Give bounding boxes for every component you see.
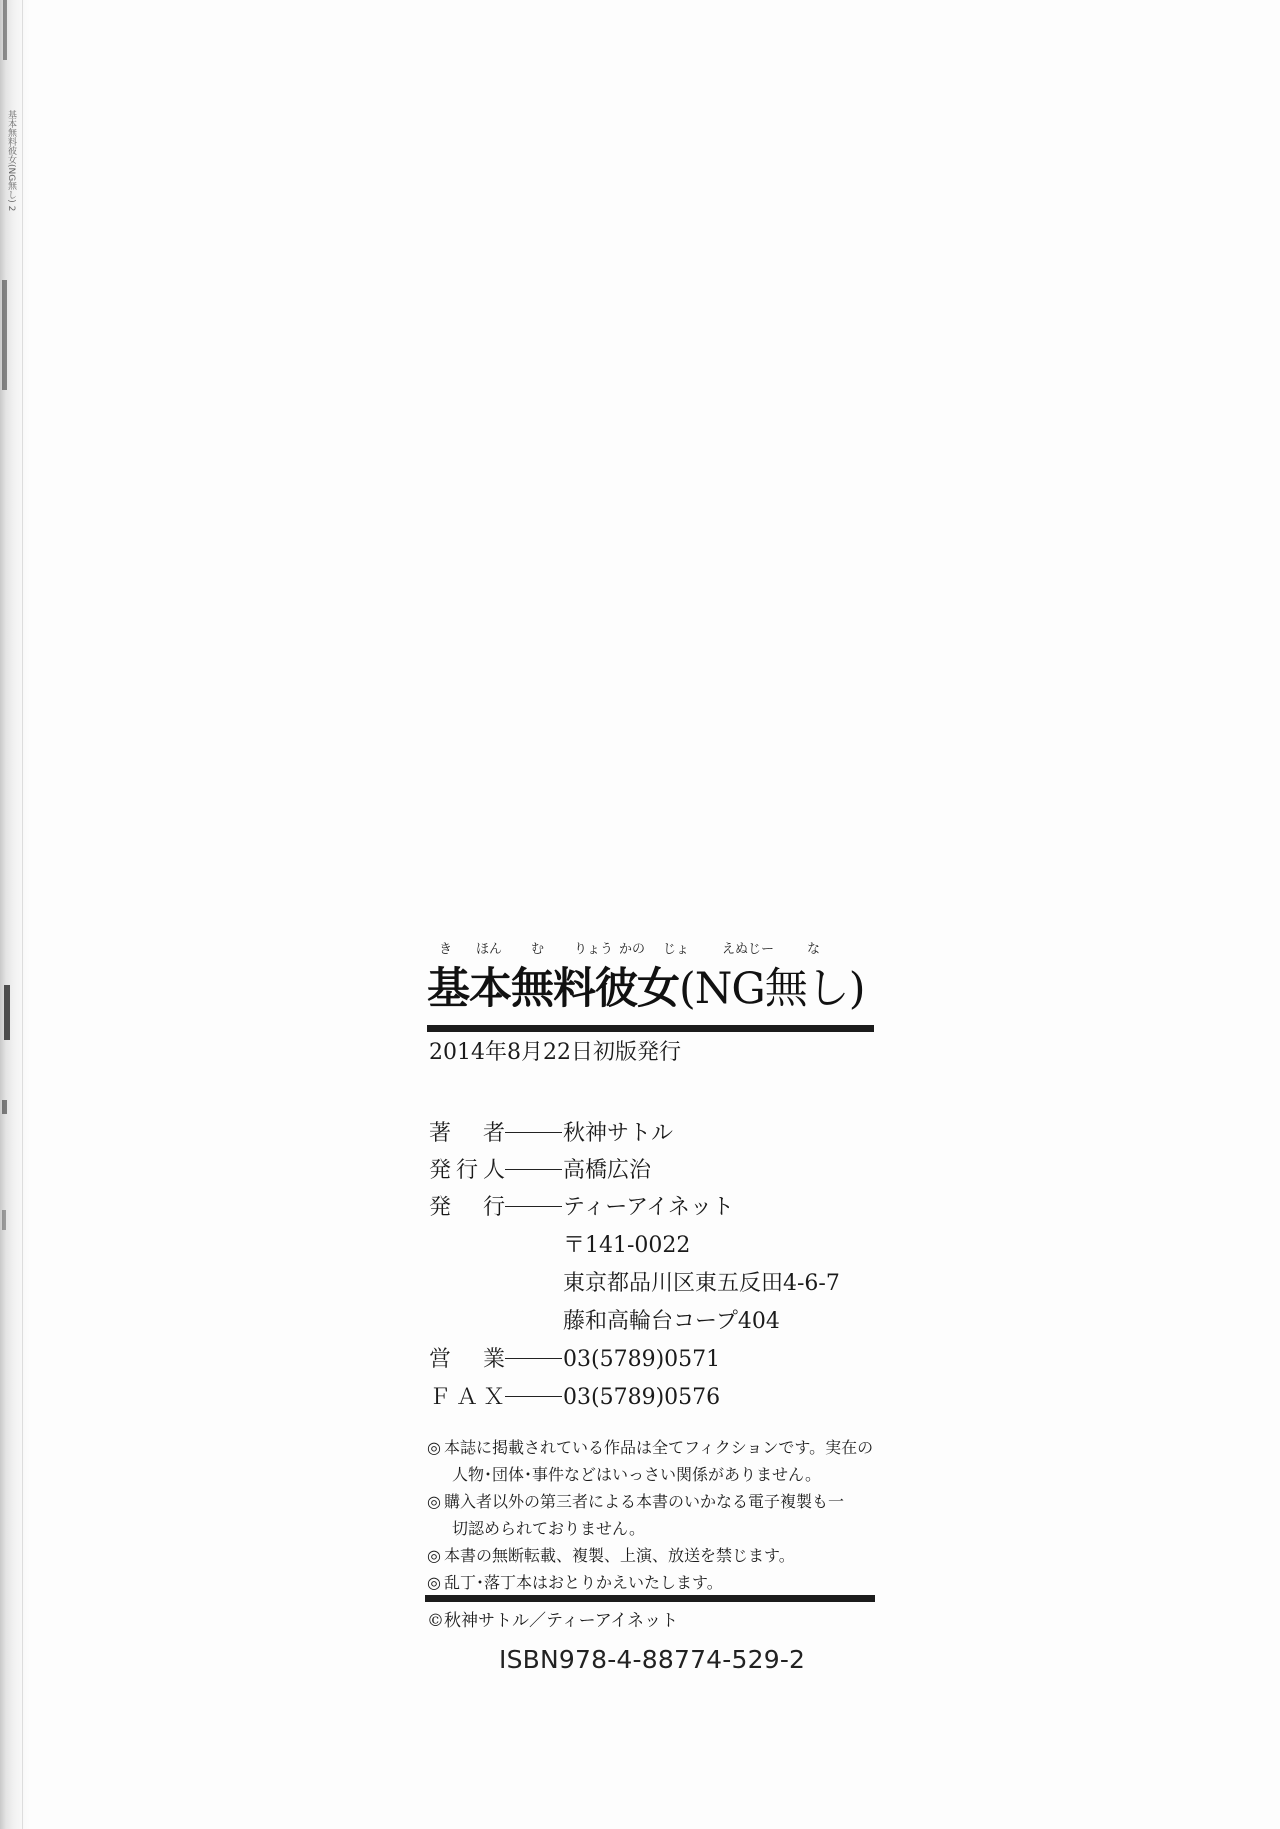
double-circle-bullet-icon: ◎ (427, 1434, 441, 1461)
credit-value: 東京都品川区東五反田4-6-7 (563, 1271, 840, 1296)
credit-row-author: 著 者秋神サトル (429, 1116, 673, 1152)
scanned-page-edge: 基本無料彼女(NG無し) 2 (0, 0, 30, 1829)
credit-value: 03(5789)0576 (563, 1385, 720, 1410)
credit-value: 〒141-0022 (563, 1233, 690, 1258)
edge-scan-mark (4, 985, 10, 1040)
edge-scan-mark (2, 1210, 6, 1230)
edge-spine-text: 基本無料彼女(NG無し) 2 (6, 110, 18, 211)
note-item: ◎ 本誌に掲載されている作品は全てフィクションです。実在の 人物･団体･事件など… (427, 1434, 887, 1488)
leader-dash (505, 1132, 562, 1133)
edge-scan-mark (3, 0, 7, 60)
publication-date: 2014年8月22日初版発行 (429, 1035, 681, 1066)
top-divider (427, 1025, 874, 1032)
edge-scan-mark (2, 280, 7, 390)
edge-fold-line (22, 0, 23, 1829)
copyright-line: ©秋神サトル／ティーアイネット (427, 1606, 678, 1631)
note-text: 本誌に掲載されている作品は全てフィクションです。実在の (444, 1438, 873, 1457)
credit-value: 秋神サトル (563, 1121, 673, 1146)
credit-label: 発行人 (429, 1153, 505, 1184)
note-text: 本書の無断転載、複製、上演、放送を禁じます。 (444, 1546, 795, 1565)
note-text-continued: 切認められておりません。 (444, 1515, 887, 1542)
credit-label: 著 者 (429, 1116, 505, 1147)
credit-value: 藤和高輪台コープ404 (563, 1309, 780, 1334)
book-title-subtitle: (NG無し) (679, 964, 865, 1014)
address-line-1: 東京都品川区東五反田4-6-7 (429, 1266, 840, 1302)
credit-value: 03(5789)0571 (563, 1347, 720, 1372)
credit-row-sales-phone: 営 業03(5789)0571 (429, 1342, 720, 1378)
credit-row-publisher-person: 発行人高橋広治 (429, 1153, 651, 1189)
address-line-2: 藤和高輪台コープ404 (429, 1304, 780, 1340)
leader-dash (505, 1169, 562, 1170)
credit-row-fax: ＦＡＸ03(5789)0576 (429, 1380, 720, 1416)
note-text: 乱丁･落丁本はおとりかえいたします。 (444, 1573, 723, 1592)
isbn-number: ISBN978-4-88774-529-2 (499, 1645, 805, 1674)
note-text: 購入者以外の第三者による本書のいかなる電子複製も一 (444, 1492, 844, 1511)
postal-code: 〒141-0022 (429, 1228, 690, 1264)
book-title: 基本無料彼女(NG無し) (427, 955, 865, 1016)
double-circle-bullet-icon: ◎ (427, 1542, 441, 1569)
leader-dash (505, 1358, 562, 1359)
note-item: ◎ 乱丁･落丁本はおとりかえいたします。 (427, 1569, 887, 1596)
credit-label: ＦＡＸ (429, 1380, 505, 1411)
leader-dash (505, 1396, 562, 1397)
credit-value: 高橋広治 (563, 1158, 651, 1183)
credit-row-publisher: 発 行ティーアイネット (429, 1190, 734, 1226)
note-item: ◎ 購入者以外の第三者による本書のいかなる電子複製も一 切認められておりません。 (427, 1488, 887, 1542)
credit-value: ティーアイネット (563, 1195, 734, 1220)
book-title-main: 基本無料彼女 (427, 964, 679, 1014)
double-circle-bullet-icon: ◎ (427, 1569, 441, 1596)
edge-scan-mark (2, 1100, 7, 1114)
credit-label: 営 業 (429, 1342, 505, 1373)
title-ruby: き ほん む りょう かの じょ えぬじー な (427, 938, 877, 956)
bottom-divider (425, 1595, 875, 1602)
leader-dash (505, 1206, 562, 1207)
double-circle-bullet-icon: ◎ (427, 1488, 441, 1515)
credit-label: 発 行 (429, 1190, 505, 1221)
note-item: ◎ 本書の無断転載、複製、上演、放送を禁じます。 (427, 1542, 887, 1569)
note-text-continued: 人物･団体･事件などはいっさい関係がありません。 (444, 1461, 887, 1488)
legal-notes: ◎ 本誌に掲載されている作品は全てフィクションです。実在の 人物･団体･事件など… (427, 1434, 887, 1596)
